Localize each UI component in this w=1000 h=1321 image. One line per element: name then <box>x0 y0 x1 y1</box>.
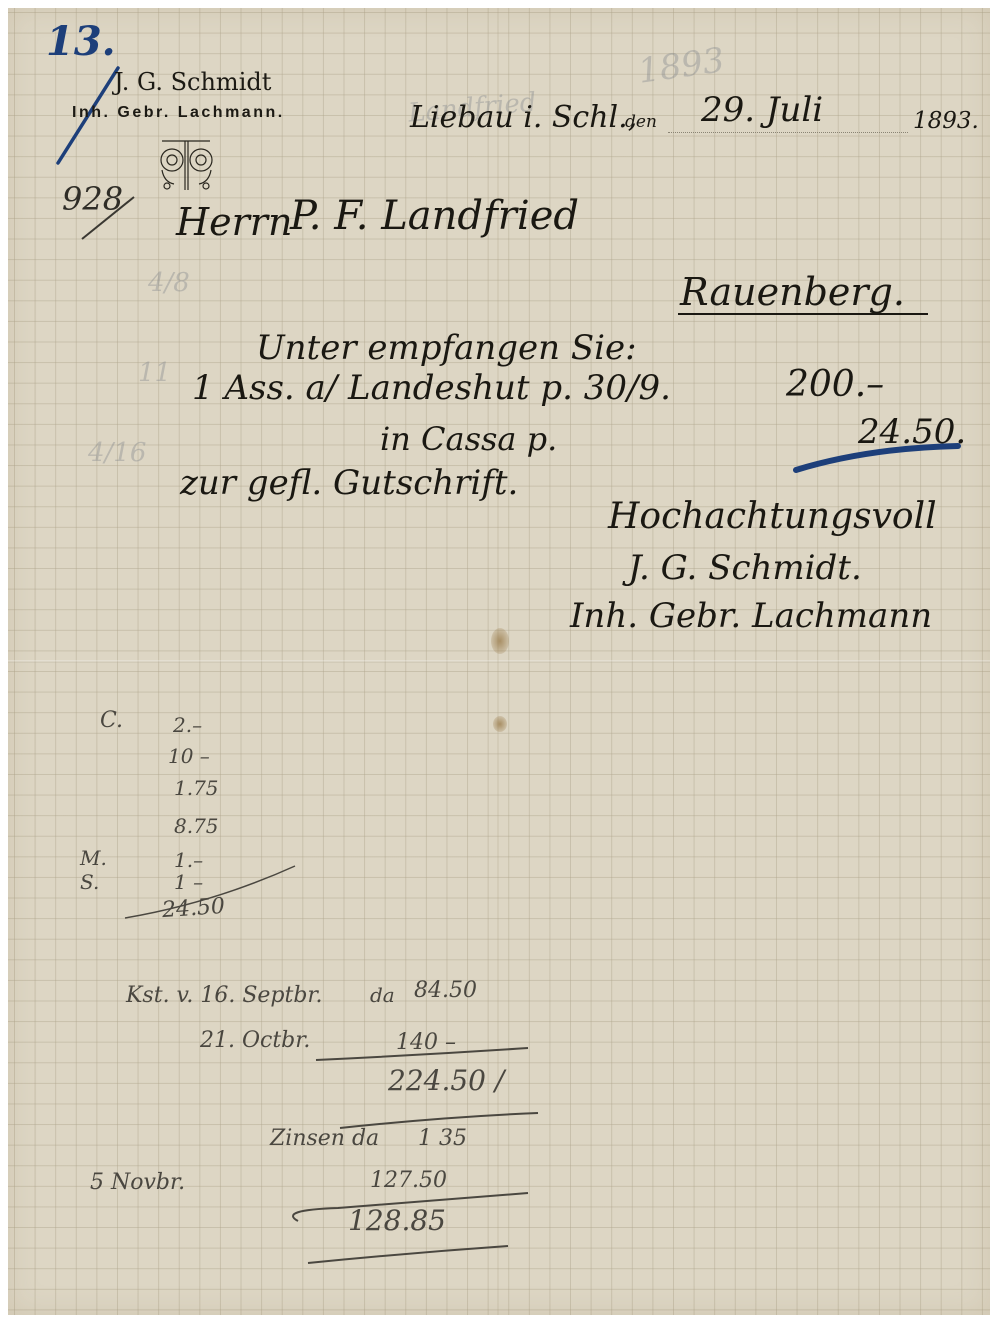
horizontal-fold <box>8 660 990 663</box>
calc-row-prefix: Zinsen da <box>270 1126 379 1151</box>
date-year: 1893. <box>913 108 979 134</box>
faint-pencil-mark: 4/8 <box>148 268 190 298</box>
calc-row-prefix: da <box>370 983 395 1007</box>
item-amount: 200.– <box>786 364 884 405</box>
company-name: J. G. Schmidt <box>114 68 271 96</box>
date-day-month: 29. Juli <box>701 90 823 130</box>
calc-row-label: 21. Octbr. <box>200 1028 310 1053</box>
signature-owner: Inh. Gebr. Lachmann <box>570 596 932 636</box>
stain <box>491 628 509 654</box>
calc-label: M. <box>80 846 107 870</box>
city-underline <box>678 313 928 315</box>
calc-value: 8.75 <box>174 814 219 838</box>
calc-row-amount: 84.50 <box>414 978 477 1003</box>
faint-pencil-mark: 11 <box>138 358 171 388</box>
body-closing: zur gefl. Gutschrift. <box>180 463 518 503</box>
item-description: in Cassa p. <box>380 420 557 458</box>
faint-pencil-mark: 4/16 <box>88 438 146 468</box>
calc-value: 10 – <box>168 744 210 768</box>
signature-greeting: Hochachtungsvoll <box>608 496 937 537</box>
body-intro: Unter empfangen Sie: <box>256 328 637 368</box>
blue-underline <box>568 438 968 478</box>
stain <box>493 716 507 732</box>
date-den: den <box>625 112 657 132</box>
calc-total: 224.50 / <box>388 1064 504 1097</box>
calc-total: 128.85 <box>348 1204 446 1237</box>
calc-label: S. <box>80 870 99 894</box>
company-owner: Inh. Gebr. Lachmann. <box>72 104 285 122</box>
calc-value: 1.75 <box>174 776 219 800</box>
item-description: 1 Ass. a/ Landeshut p. 30/9. <box>192 368 671 408</box>
signature-name: J. G. Schmidt. <box>628 548 862 588</box>
file-number-slash <box>78 193 138 243</box>
calc-total: 24.50 <box>161 894 226 923</box>
calc-row-label: 5 Novbr. <box>90 1170 185 1195</box>
date-dotline <box>668 132 908 133</box>
recipient-name: P. F. Landfried <box>290 193 579 239</box>
letter-paper: 1893 4/8 11 4/16 Landfried 13. J. G. Sch… <box>8 8 990 1315</box>
recipient-city: Rauenberg. <box>680 270 905 314</box>
calc-row-label: Kst. v. 16. Septbr. <box>126 983 323 1008</box>
ornament-monogram-icon <box>154 138 218 194</box>
recipient-salutation: Herrn <box>176 200 292 244</box>
faint-pencil-year: 1893 <box>636 40 727 92</box>
calc-label: C. <box>100 708 123 733</box>
calc-value: 2.– <box>173 713 202 737</box>
calc-row-amount: 1 35 <box>418 1126 467 1151</box>
date-place: Liebau i. Schl., <box>410 100 637 135</box>
